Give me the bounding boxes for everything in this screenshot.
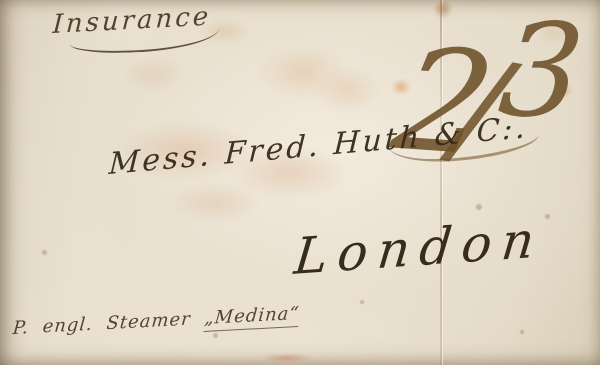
foxing-spot bbox=[360, 300, 364, 304]
routing-annotation: P. engl. Steamer „Medina“ bbox=[12, 305, 300, 338]
stain bbox=[300, 58, 395, 123]
ship-name: „Medina“ bbox=[203, 303, 300, 332]
foxing-spot bbox=[520, 330, 524, 334]
foxing-spot bbox=[476, 204, 482, 210]
stain bbox=[238, 35, 368, 110]
routing-prefix: P. engl. Steamer bbox=[12, 309, 192, 339]
postal-cover: Insurance 2 / 3 Mess. Fred. Huth & C:. L… bbox=[0, 0, 600, 365]
stain bbox=[252, 352, 322, 364]
stain bbox=[150, 175, 280, 230]
foxing-spot bbox=[213, 333, 218, 338]
stain bbox=[108, 52, 198, 97]
insurance-flourish bbox=[70, 27, 221, 54]
foxing-spot bbox=[42, 250, 47, 255]
city-line: London bbox=[292, 214, 547, 282]
